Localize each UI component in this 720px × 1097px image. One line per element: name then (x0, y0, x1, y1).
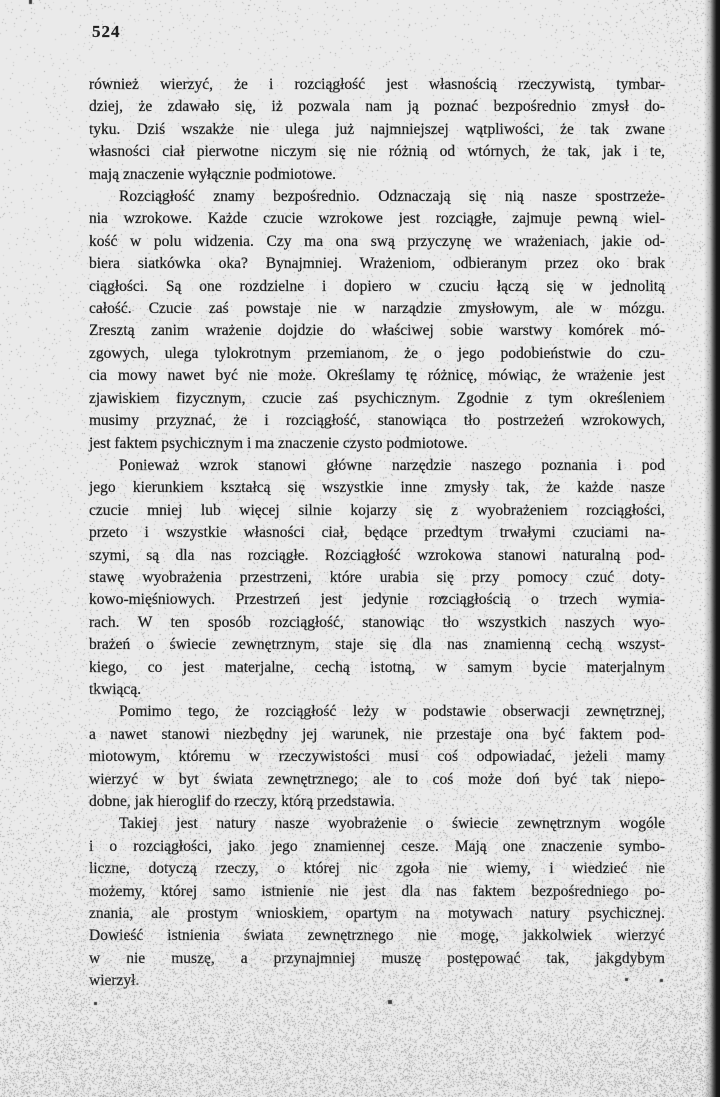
text-line: własności ciał pierwotne niczym się nie … (89, 141, 665, 163)
text-line: a nawet stanowi niezbędny jej warunek, n… (89, 724, 665, 746)
scanned-book-page: 524 również wierzyć, że i rozciągłość je… (0, 0, 720, 1097)
text-line: jego kierunkiem kształcą się wszystkie i… (89, 477, 665, 499)
text-line: całość. Czucie zaś powstaje nie w narząd… (89, 298, 665, 320)
text-line: wierzyć w byt świata zewnętrznego; ale t… (89, 769, 665, 791)
text-line: Zresztą zanim wrażenie dojdzie do właści… (89, 320, 665, 342)
text-line: rach. W ten sposób rozciągłość, stanowią… (89, 612, 665, 634)
text-line: kowo-mięśniowych. Przestrzeń jest jedyni… (89, 589, 665, 611)
text-line: cia mowy nawet być nie może. Określamy t… (89, 365, 665, 387)
text-line: musimy przyznać, że i rozciągłość, stano… (89, 410, 665, 432)
text-line: tkwiącą. (89, 679, 665, 701)
text-line: nia wzrokowe. Każde czucie wzrokowe jest… (89, 208, 665, 230)
text-line: biera siatkówka oka? Bynajmniej. Wrażeni… (89, 253, 665, 275)
text-line: liczne, dotyczą rzeczy, o której nic zgo… (89, 858, 665, 880)
text-line: ciągłości. Są one rozdzielne i dopiero w… (89, 276, 665, 298)
text-line: czucie mniej lub więcej silnie kojarzy s… (89, 500, 665, 522)
text-line: kość w polu widzenia. Czy ma ona swą prz… (89, 231, 665, 253)
text-line: znania, ale prostym wnioskiem, opartym n… (89, 903, 665, 925)
scan-edge-shadow (704, 0, 720, 1097)
text-line: jest faktem psychicznym i ma znaczenie c… (89, 433, 665, 455)
page-number: 524 (92, 22, 121, 42)
text-line: mają znaczenie wyłącznie podmiotowe. (89, 164, 665, 186)
text-line: w nie muszę, a przynajmniej muszę postęp… (89, 948, 665, 970)
text-line: przeto i wszystkie własności ciał, będąc… (89, 522, 665, 544)
text-line: Takiej jest natury nasze wyobrażenie o ś… (89, 813, 665, 835)
text-line: wierzył. (89, 970, 665, 992)
text-line: Ponieważ wzrok stanowi główne narzędzie … (89, 455, 665, 477)
page-body: również wierzyć, że i rozciągłość jest w… (89, 74, 665, 993)
text-line: i o rozciągłości, jako jego znamiennej c… (89, 836, 665, 858)
text-line: brażeń o świecie zewnętrznym, staje się … (89, 634, 665, 656)
text-line: szymi, są dla nas rozciągłe. Rozciągłość… (89, 545, 665, 567)
text-line: kiego, co jest materjalne, cechą istotną… (89, 657, 665, 679)
text-line: Pomimo tego, że rozciągłość leży w podst… (89, 701, 665, 723)
text-line: możemy, której samo istnienie nie jest d… (89, 881, 665, 903)
text-line: stawę wyobrażenia przestrzeni, które ura… (89, 567, 665, 589)
text-line: miotowym, któremu w rzeczywistości musi … (89, 746, 665, 768)
text-line: Dowieść istnienia świata zewnętrznego ni… (89, 925, 665, 947)
text-line: dziej, że zdawało się, iż pozwala nam ją… (89, 96, 665, 118)
text-line: tyku. Dziś wszakże nie ulega już najmnie… (89, 119, 665, 141)
text-line: również wierzyć, że i rozciągłość jest w… (89, 74, 665, 96)
text-line: dobne, jak hieroglif do rzeczy, którą pr… (89, 791, 665, 813)
text-line: zgowych, ulega tylokrotnym przemianom, ż… (89, 343, 665, 365)
text-line: zjawiskiem fizycznym, czucie zaś psychic… (89, 388, 665, 410)
text-line: Rozciągłość znamy bezpośrednio. Odznacza… (89, 186, 665, 208)
